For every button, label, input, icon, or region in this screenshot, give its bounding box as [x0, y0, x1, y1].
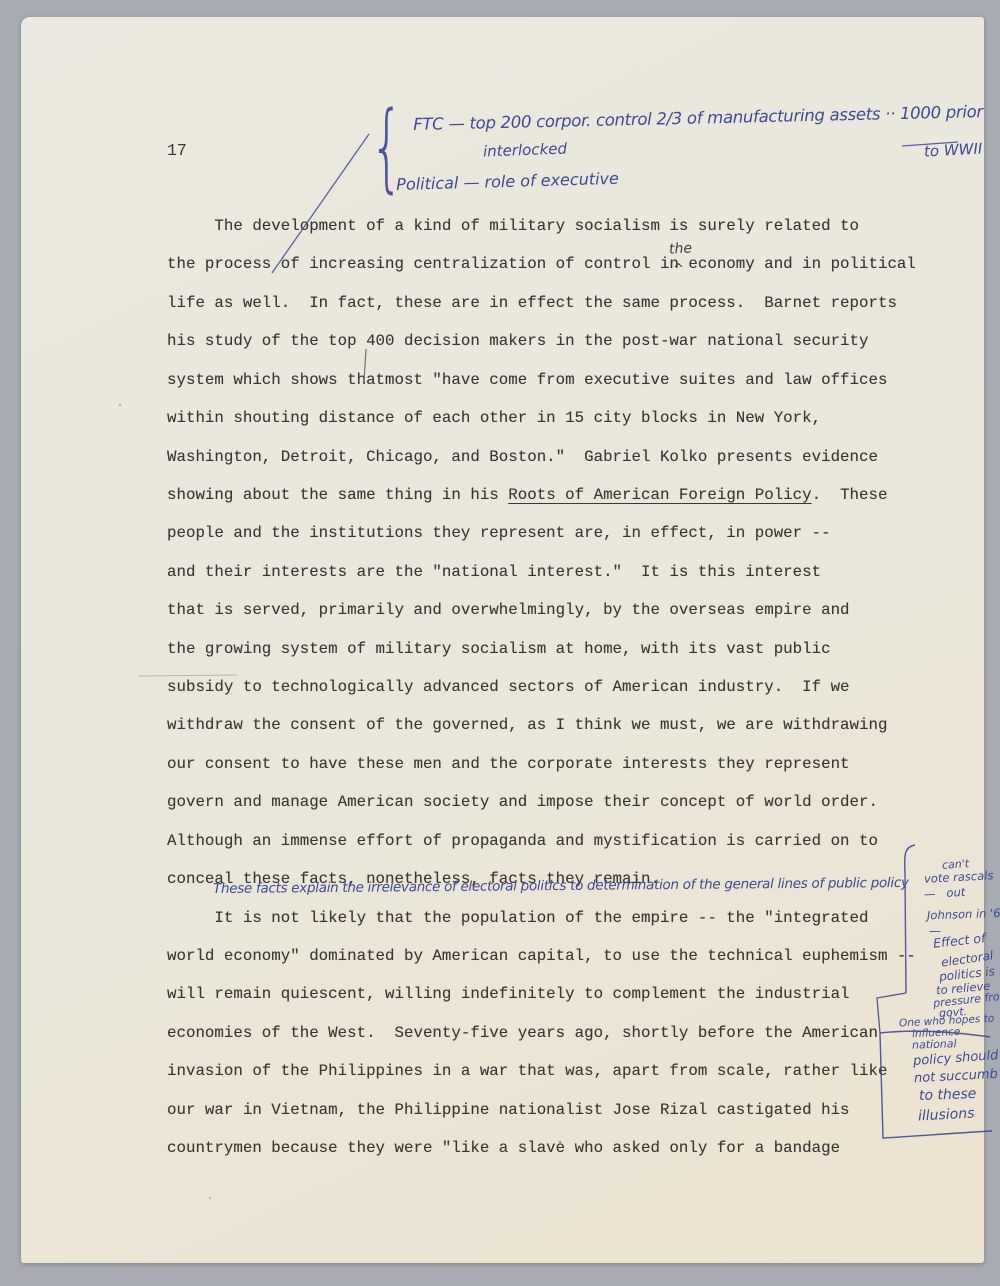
photo-background: 17 The development of a kind of military…: [0, 0, 1000, 1286]
typed-line: invasion of the Philippines in a war tha…: [167, 1052, 916, 1090]
typed-text: showing about the same thing in his: [167, 486, 508, 504]
margin-note-line: vote rascals: [924, 868, 994, 886]
inserted-word-the: the: [669, 240, 693, 257]
typed-line: our war in Vietnam, the Philippine natio…: [167, 1091, 916, 1129]
typed-line: withdraw the consent of the governed, as…: [167, 706, 916, 744]
typed-line: and their interests are the "national in…: [167, 553, 916, 591]
typed-text: the process of increasing centralization…: [167, 255, 916, 273]
typed-text: that is served, primarily and overwhelmi…: [167, 601, 850, 619]
typed-text: subsidy to technologically advanced sect…: [167, 678, 850, 696]
body-text: The development of a kind of military so…: [167, 207, 916, 1168]
typed-line: system which shows thatmost "have come f…: [167, 361, 916, 399]
typed-line: world economy" dominated by American cap…: [167, 937, 916, 975]
typed-line: the process of increasing centralization…: [167, 245, 916, 283]
typed-text: world economy" dominated by American cap…: [167, 947, 916, 965]
typed-line: subsidy to technologically advanced sect…: [167, 668, 916, 706]
underlined-title: Roots of American Foreign Policy: [508, 486, 811, 504]
margin-note-line: national: [912, 1037, 957, 1052]
typed-line: govern and manage American society and i…: [167, 783, 916, 821]
typed-text: countrymen because they were "like a sla…: [167, 1139, 840, 1157]
typed-text: The development of a kind of military so…: [167, 217, 859, 235]
margin-note-line: to these: [919, 1086, 977, 1104]
typed-text: his study of the top 400 decision makers…: [167, 332, 869, 350]
margin-note-line: Johnson in '64: [927, 906, 1000, 923]
typed-line: showing about the same thing in his Root…: [167, 476, 916, 514]
handwritten-note-interlocked: interlocked: [483, 140, 568, 161]
typed-text: within shouting distance of each other i…: [167, 409, 821, 427]
typed-text: It is not likely that the population of …: [167, 909, 869, 927]
typed-line: life as well. In fact, these are in effe…: [167, 284, 916, 322]
typed-text: system which shows thatmost "have come f…: [167, 371, 887, 389]
typed-line: economies of the West. Seventy-five year…: [167, 1014, 916, 1052]
typed-line: It is not likely that the population of …: [167, 899, 916, 937]
typed-text: invasion of the Philippines in a war tha…: [167, 1062, 887, 1080]
typed-line: his study of the top 400 decision makers…: [167, 322, 916, 360]
typed-line: The development of a kind of military so…: [167, 207, 916, 245]
typed-text: our war in Vietnam, the Philippine natio…: [167, 1101, 850, 1119]
typed-text: Although an immense effort of propaganda…: [167, 832, 878, 850]
margin-note-line: not succumb: [914, 1067, 999, 1086]
typed-text: the growing system of military socialism…: [167, 640, 831, 658]
insertion-caret: ^: [673, 262, 684, 277]
typed-line: the growing system of military socialism…: [167, 630, 916, 668]
typed-text: people and the institutions they represe…: [167, 524, 831, 542]
margin-note-line: — out: [924, 885, 966, 901]
typed-line: will remain quiescent, willing indefinit…: [167, 975, 916, 1013]
handwritten-note-political: Political — role of executive: [396, 169, 619, 194]
typed-line: Washington, Detroit, Chicago, and Boston…: [167, 438, 916, 476]
typed-text: and their interests are the "national in…: [167, 563, 821, 581]
typed-text: Washington, Detroit, Chicago, and Boston…: [167, 448, 878, 466]
handwritten-note-wwii: to WWII: [924, 139, 983, 160]
typed-text: life as well. In fact, these are in effe…: [167, 294, 897, 312]
page-number: 17: [167, 141, 187, 160]
typed-line: Although an immense effort of propaganda…: [167, 822, 916, 860]
typed-text: govern and manage American society and i…: [167, 793, 878, 811]
typed-line: that is served, primarily and overwhelmi…: [167, 591, 916, 629]
typed-text: economies of the West. Seventy-five year…: [167, 1024, 878, 1042]
document-page: 17 The development of a kind of military…: [21, 17, 984, 1263]
typed-line: people and the institutions they represe…: [167, 514, 916, 552]
typed-line: within shouting distance of each other i…: [167, 399, 916, 437]
margin-note: can'tvote rascals— outJohnson in '64—Eff…: [894, 855, 1000, 1145]
typed-line: our consent to have these men and the co…: [167, 745, 916, 783]
typed-text: our consent to have these men and the co…: [167, 755, 850, 773]
typed-text: withdraw the consent of the governed, as…: [167, 716, 887, 734]
handwritten-note-ftc: FTC — top 200 corpor. control 2/3 of man…: [413, 102, 983, 134]
typed-text: will remain quiescent, willing indefinit…: [167, 985, 850, 1003]
typed-line: countrymen because they were "like a sla…: [167, 1129, 916, 1167]
margin-note-line: illusions: [918, 1106, 975, 1125]
typed-text: . These: [812, 486, 888, 504]
